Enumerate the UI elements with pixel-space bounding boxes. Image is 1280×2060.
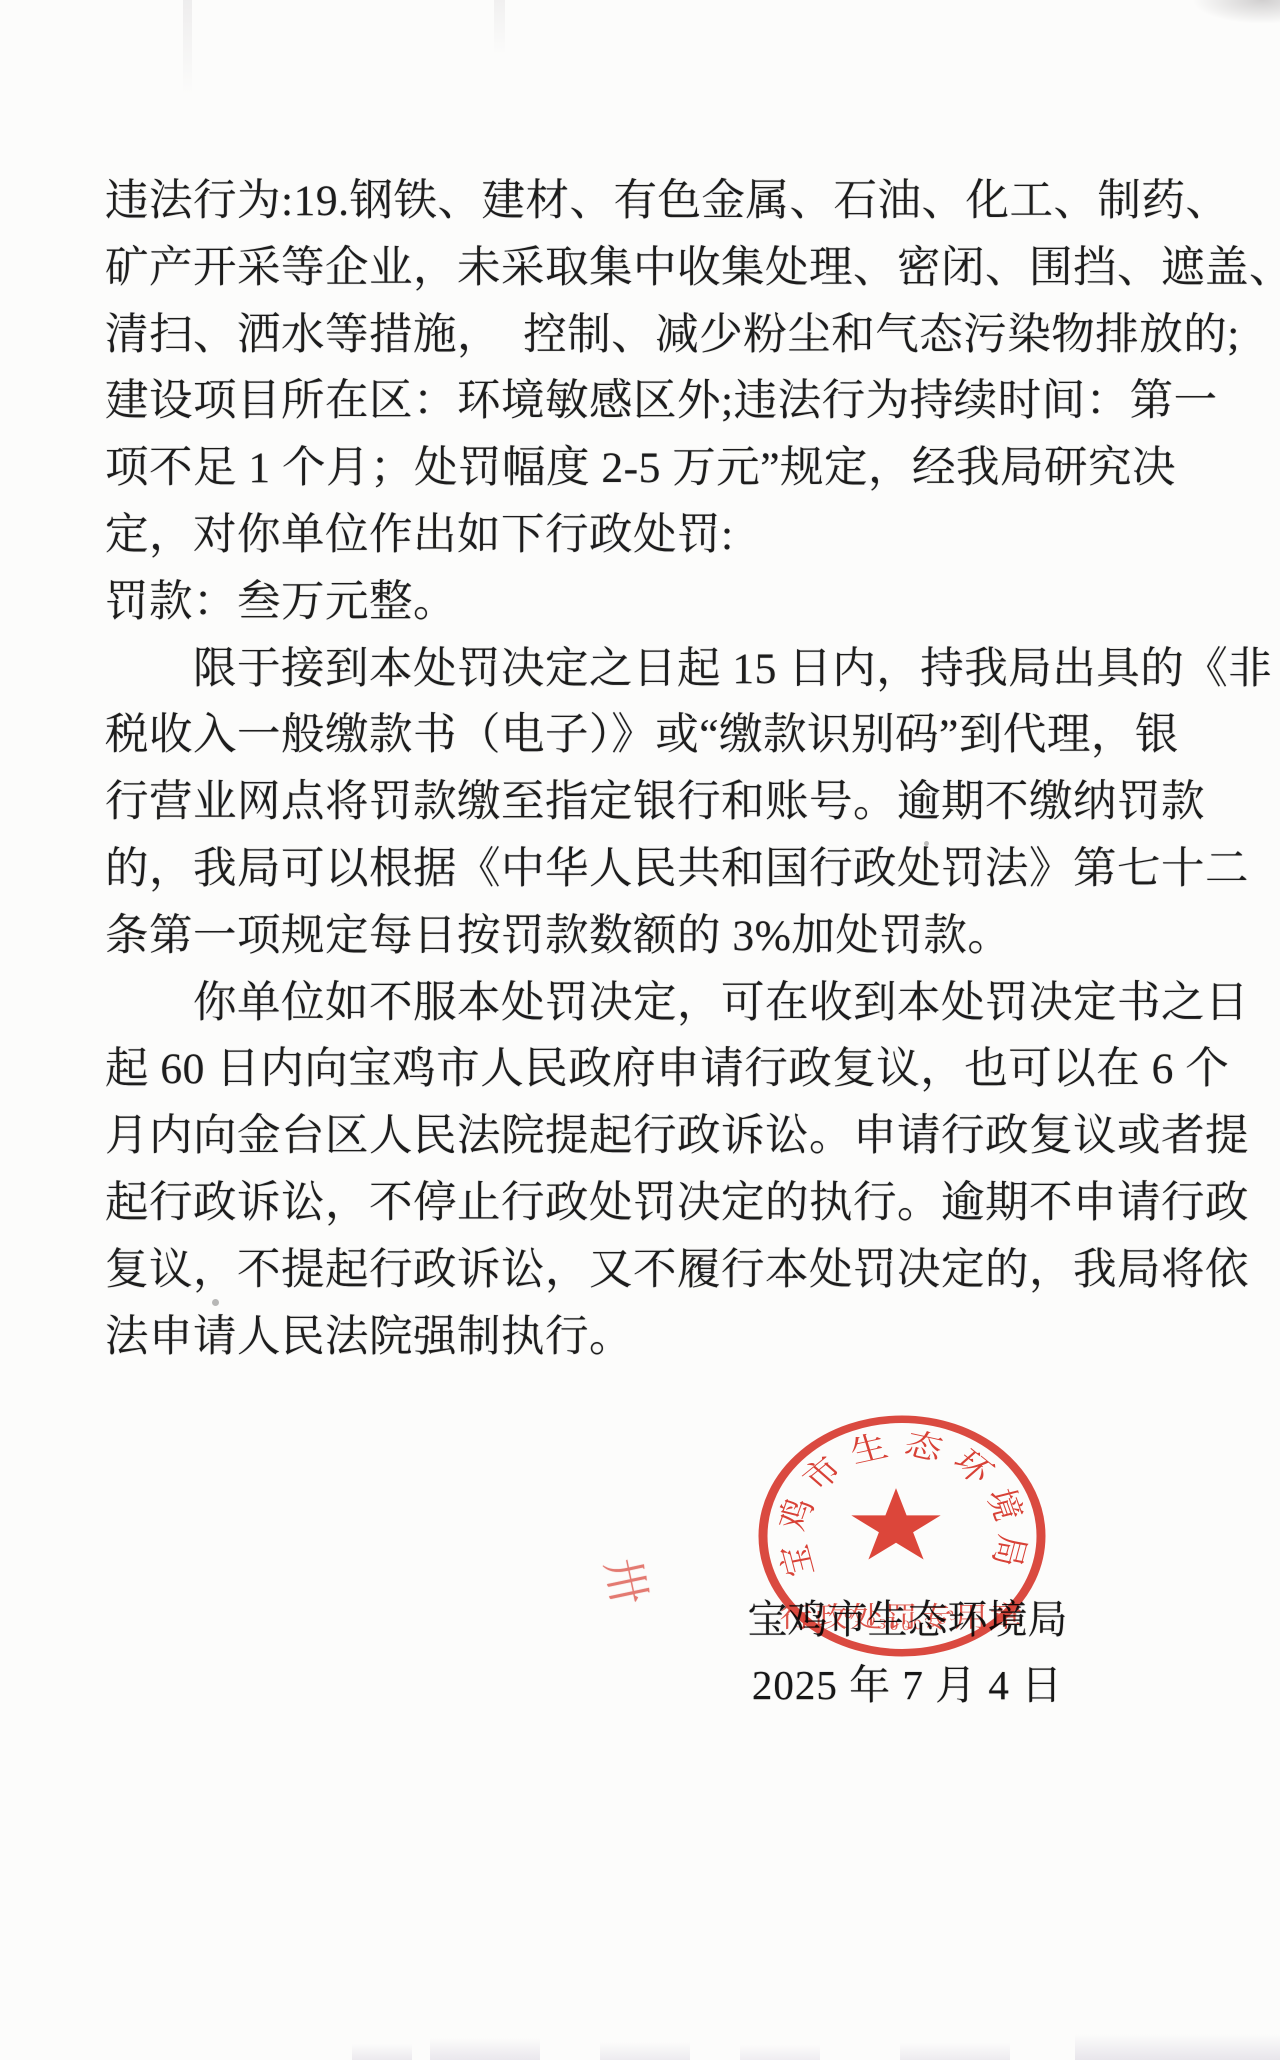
scan-artifact bbox=[740, 2045, 820, 2060]
text-line: 定，对你单位作出如下行政处罚: bbox=[105, 502, 1200, 569]
text-line: 复议，不提起行政诉讼，又不履行本处罚决定的，我局将依 bbox=[105, 1237, 1200, 1304]
text-line: 法申请人民法院强制执行。 bbox=[105, 1304, 1200, 1371]
text-line: 清扫、洒水等措施， 控制、减少粉尘和气态污染物排放的; bbox=[105, 302, 1200, 369]
text-line: 起 60 日内向宝鸡市人民政府申请行政复议，也可以在 6 个 bbox=[105, 1036, 1200, 1103]
text-line: 违法行为:19.钢铁、建材、有色金属、石油、化工、制药、 bbox=[105, 168, 1200, 235]
text-line: 起行政诉讼，不停止行政处罚决定的执行。逾期不申请行政 bbox=[105, 1170, 1200, 1237]
text-line: 你单位如不服本处罚决定，可在收到本处罚决定书之日 bbox=[105, 970, 1200, 1037]
seal-star-icon bbox=[851, 1488, 940, 1559]
text-line: 税收入一般缴款书（电子）》或“缴款识别码”到代理，银 bbox=[105, 702, 1200, 769]
scan-artifact bbox=[900, 2043, 1010, 2060]
scan-artifact bbox=[183, 0, 192, 95]
scan-artifact bbox=[600, 2042, 690, 2060]
text-line: 建设项目所在区：环境敏感区外;违法行为持续时间：第一 bbox=[105, 368, 1200, 435]
scan-artifact bbox=[1075, 2034, 1280, 2060]
text-line: 矿产开采等企业，未采取集中收集处理、密闭、围挡、遮盖、 bbox=[105, 235, 1200, 302]
text-line: 限于接到本处罚决定之日起 15 日内，持我局出具的《非 bbox=[105, 636, 1200, 703]
scan-artifact bbox=[1192, 0, 1280, 24]
scan-artifact bbox=[494, 0, 505, 55]
official-seal: 宝鸡市生态环境局 行政处罚专用章 6103000263 bbox=[752, 1410, 1052, 1662]
scan-artifact bbox=[430, 2038, 540, 2060]
text-line: 月内向金台区人民法院提起行政诉讼。申请行政复议或者提 bbox=[105, 1103, 1200, 1170]
penalty-amount-line: 罚款：叁万元整。 bbox=[105, 569, 1200, 636]
scan-artifact bbox=[352, 2044, 412, 2060]
text-line: 条第一项规定每日按罚款数额的 3%加处罚款。 bbox=[105, 903, 1200, 970]
text-line: 行营业网点将罚款缴至指定银行和账号。逾期不缴纳罚款 bbox=[105, 769, 1200, 836]
text-line: 的，我局可以根据《中华人民共和国行政处罚法》第七十二 bbox=[105, 836, 1200, 903]
body-text: 违法行为:19.钢铁、建材、有色金属、石油、化工、制药、 矿产开采等企业，未采取… bbox=[105, 168, 1200, 1370]
text-line: 项不足 1 个月；处罚幅度 2-5 万元”规定，经我局研究决 bbox=[105, 435, 1200, 502]
scanned-penalty-document-page: 违法行为:19.钢铁、建材、有色金属、石油、化工、制药、 矿产开采等企业，未采取… bbox=[0, 0, 1280, 2060]
